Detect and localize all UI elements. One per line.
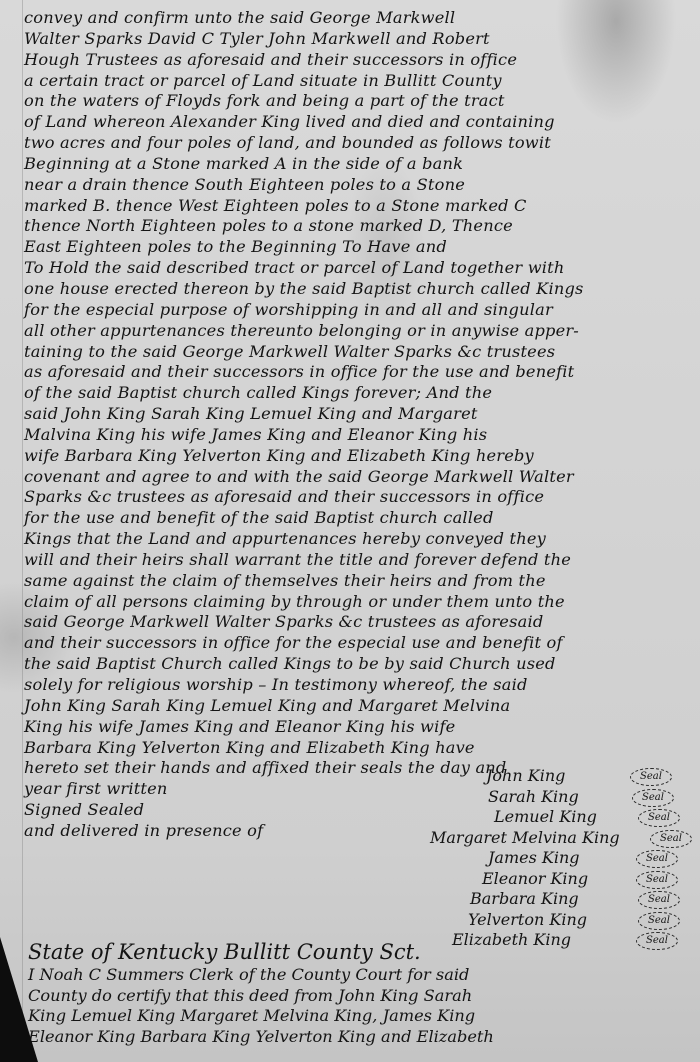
deed-line: on the waters of Floyds fork and being a… <box>24 91 684 112</box>
deed-line: Sparks &c trustees as aforesaid and thei… <box>24 487 684 508</box>
seal-mark: Seal <box>636 871 678 889</box>
deed-line: Beginning at a Stone marked A in the sid… <box>24 154 684 175</box>
seal-mark: Seal <box>650 830 692 848</box>
certificate-line: I Noah C Summers Clerk of the County Cou… <box>28 965 688 986</box>
deed-line: claim of all persons claiming by through… <box>24 592 684 613</box>
seal-mark: Seal <box>638 912 680 930</box>
deed-line: King his wife James King and Eleanor Kin… <box>24 717 684 738</box>
seal-mark: Seal <box>636 850 678 868</box>
signature-row: Sarah King Seal <box>400 787 700 808</box>
deed-line: same against the claim of themselves the… <box>24 571 684 592</box>
deed-line: a certain tract or parcel of Land situat… <box>24 71 684 92</box>
signature-row: Barbara King Seal <box>400 889 700 910</box>
seal-mark: Seal <box>630 768 672 786</box>
deed-body: convey and confirm unto the said George … <box>24 8 684 842</box>
signature-row: John King Seal <box>400 766 700 787</box>
signature-name: James King <box>488 848 580 869</box>
signature-row: Yelverton King Seal <box>400 910 700 931</box>
certificate-line: Eleanor King Barbara King Yelverton King… <box>28 1027 688 1048</box>
deed-line: for the especial purpose of worshipping … <box>24 300 684 321</box>
signature-name: Sarah King <box>488 787 579 808</box>
deed-line: East Eighteen poles to the Beginning To … <box>24 237 684 258</box>
deed-line: To Hold the said described tract or parc… <box>24 258 684 279</box>
signature-name: Lemuel King <box>494 807 597 828</box>
signature-row: James King Seal <box>400 848 700 869</box>
deed-line: convey and confirm unto the said George … <box>24 8 684 29</box>
deed-line: as aforesaid and their successors in off… <box>24 362 684 383</box>
signature-row: Lemuel King Seal <box>400 807 700 828</box>
deed-line: Malvina King his wife James King and Ele… <box>24 425 684 446</box>
deed-line: taining to the said George Markwell Walt… <box>24 342 684 363</box>
signature-name: Eleanor King <box>482 869 588 890</box>
deed-line: solely for religious worship – In testim… <box>24 675 684 696</box>
signature-row: Margaret Melvina King Seal <box>400 828 700 849</box>
deed-line: the said Baptist Church called Kings to … <box>24 654 684 675</box>
seal-mark: Seal <box>638 891 680 909</box>
deed-line: near a drain thence South Eighteen poles… <box>24 175 684 196</box>
deed-line: one house erected thereon by the said Ba… <box>24 279 684 300</box>
deed-line: covenant and agree to and with the said … <box>24 467 684 488</box>
deed-line: and their successors in office for the e… <box>24 633 684 654</box>
deed-line: John King Sarah King Lemuel King and Mar… <box>24 696 684 717</box>
deed-line: said George Markwell Walter Sparks &c tr… <box>24 612 684 633</box>
certificate-line: King Lemuel King Margaret Melvina King, … <box>28 1006 688 1027</box>
deed-line: will and their heirs shall warrant the t… <box>24 550 684 571</box>
signature-name: Margaret Melvina King <box>430 828 620 849</box>
deed-line: of Land whereon Alexander King lived and… <box>24 112 684 133</box>
scan-edge-shadow <box>0 937 38 1062</box>
deed-line: marked B. thence West Eighteen poles to … <box>24 196 684 217</box>
signature-block: John King Seal Sarah King Seal Lemuel Ki… <box>400 766 700 951</box>
deed-line: Barbara King Yelverton King and Elizabet… <box>24 738 684 759</box>
deed-line: Kings that the Land and appurtenances he… <box>24 529 684 550</box>
seal-mark: Seal <box>638 809 680 827</box>
deed-page: convey and confirm unto the said George … <box>0 0 700 1062</box>
deed-line: said John King Sarah King Lemuel King an… <box>24 404 684 425</box>
certificate-heading: State of Kentucky Bullitt County Sct. <box>28 939 688 965</box>
deed-line: wife Barbara King Yelverton King and Eli… <box>24 446 684 467</box>
clerk-certificate: State of Kentucky Bullitt County Sct. I … <box>28 939 688 1047</box>
seal-mark: Seal <box>632 789 674 807</box>
deed-line: Hough Trustees as aforesaid and their su… <box>24 50 684 71</box>
signature-row: Eleanor King Seal <box>400 869 700 890</box>
deed-line: thence North Eighteen poles to a stone m… <box>24 216 684 237</box>
deed-line: all other appurtenances thereunto belong… <box>24 321 684 342</box>
certificate-line: County do certify that this deed from Jo… <box>28 986 688 1007</box>
margin-rule <box>22 0 23 1062</box>
deed-line: for the use and benefit of the said Bapt… <box>24 508 684 529</box>
deed-line: of the said Baptist church called Kings … <box>24 383 684 404</box>
signature-name: John King <box>486 766 565 787</box>
signature-name: Yelverton King <box>468 910 587 931</box>
signature-name: Barbara King <box>470 889 579 910</box>
deed-line: Walter Sparks David C Tyler John Markwel… <box>24 29 684 50</box>
deed-line: two acres and four poles of land, and bo… <box>24 133 684 154</box>
